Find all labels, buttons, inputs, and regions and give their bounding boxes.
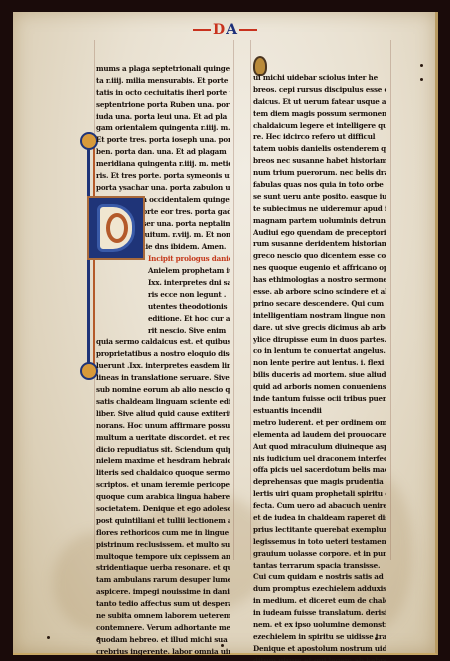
text-line: aspicere. impegi nouissime in danielem. … bbox=[96, 586, 230, 598]
running-title: DA bbox=[213, 22, 238, 38]
ruling-line bbox=[390, 40, 391, 560]
binding-hole bbox=[97, 637, 100, 640]
text-line: fecta. Cum uero ad abacuch ueniret bbox=[253, 500, 386, 512]
text-column-left: mums a plaga septetrionali quingenta r.i… bbox=[96, 63, 230, 658]
text-line: ui michi uidebar sciolus inter he bbox=[253, 72, 386, 84]
pen-flourish-left bbox=[193, 29, 211, 31]
text-line: mums a plaga septetrionali quingen bbox=[96, 63, 230, 75]
text-line: rum susanne deridentem historiam. et a bbox=[253, 238, 386, 250]
text-line: fabulas quas nos quia in toto orbe dispe… bbox=[253, 179, 386, 191]
text-line: editione. Et hoc cur accide bbox=[148, 313, 230, 325]
text-line: deprehensas que magis prudentia sol bbox=[253, 476, 386, 488]
text-line: sub nomine eorum ab alio nescio quo non bbox=[96, 384, 230, 396]
text-line: in iudeam fuisse translatum. derisit hom… bbox=[253, 607, 386, 619]
binding-hole bbox=[375, 637, 378, 640]
ruling-line bbox=[233, 40, 234, 560]
binding-hole bbox=[420, 78, 423, 81]
text-line: legissemus in toto ueteri testamento que… bbox=[253, 536, 386, 548]
binding-hole bbox=[221, 644, 224, 647]
text-line: tam ambulans rarum desuper lumen bbox=[96, 574, 230, 586]
text-line: num trium puerorum. nec belis draconisqu… bbox=[253, 167, 386, 179]
text-line: ezechielem in spiritu se uidisse transpo… bbox=[253, 631, 386, 643]
text-line: pistrinum reclusissem. et multo sudore bbox=[96, 539, 230, 551]
text-line: septentrione porta Ruben una. porta bbox=[96, 99, 230, 111]
text-line: contemnere. Verum adhortante me bbox=[96, 622, 230, 634]
text-line: satis chaldeam linguam sciente editus bbox=[96, 396, 230, 408]
text-line: estuantis incendii bbox=[253, 405, 386, 417]
text-line: nielem maxime et hesdram hebraicis quide… bbox=[96, 455, 230, 467]
text-line: co in lentum te conuertat angelus. uel bbox=[253, 345, 386, 357]
text-line: crebrius ingerente. labor omnia uincit bbox=[96, 646, 230, 658]
text-line: grauium uolasse corpore. et in puncto ho… bbox=[253, 548, 386, 560]
ruling-line bbox=[250, 40, 251, 560]
text-line: prino secare descendere. Qui cum nos bbox=[253, 298, 386, 310]
text-line: ben. porta dan. una. Et ad plagam bbox=[96, 146, 230, 158]
text-line: proprietatibus a nostro eloquio discrepa… bbox=[96, 348, 230, 360]
text-column-right: ui michi uidebar sciolus inter hebreos. … bbox=[253, 72, 386, 661]
text-line: luerunt .Ixx. interpretes easdem lingue bbox=[96, 360, 230, 372]
running-title-letter-red: D bbox=[213, 22, 226, 38]
text-line: porta ysachar una. porta zabulon una. bbox=[96, 182, 230, 194]
initial-letter-bowl bbox=[97, 204, 135, 252]
text-line: ris. Et tres porte. porta symeonis una. bbox=[96, 170, 230, 182]
text-line: tatem uobis danielis ostenderem qui apud… bbox=[253, 143, 386, 155]
text-line: ris ecce non legunt . bbox=[148, 289, 230, 301]
text-line: post quintiliani et tullii lectionem ac bbox=[96, 515, 230, 527]
text-line: inde tantum fuisse ocii tribus pueris ut… bbox=[253, 393, 386, 405]
text-line: esse. ab arbore scino scindere et ab arb… bbox=[253, 286, 386, 298]
text-line: quodam hebreo. et illud michi sua lingua bbox=[96, 634, 230, 646]
text-line: nem. et ex ipso uolumine demonstrauit bbox=[253, 619, 386, 631]
text-line: lertis uiri quam prophetali spiritu esse… bbox=[253, 488, 386, 500]
text-line: literis sed chaldaico quoque sermone con bbox=[96, 467, 230, 479]
text-line: societatem. Denique et ego adolescentulu… bbox=[96, 503, 230, 515]
text-line: breos nec susanne habet historiam nec ym bbox=[253, 155, 386, 167]
right-text-lines: ui michi uidebar sciolus inter hebreos. … bbox=[253, 72, 386, 661]
text-line: lineas in translatione seruare. Sive bbox=[96, 372, 230, 384]
historiated-initial-d bbox=[87, 196, 145, 260]
text-line: Ixx. interpretes dni saluato bbox=[148, 277, 230, 289]
text-line: et de iudea in chaldeam raperet discus bbox=[253, 512, 386, 524]
text-line: ne subita omnem laborem ueterem uoluerem bbox=[96, 610, 230, 622]
text-line: multum a ueritate discordet. et recto iu bbox=[96, 432, 230, 444]
text-line: flores rethoricos cum me in lingue huius bbox=[96, 527, 230, 539]
text-line: iuda una. porta leui una. Et ad pla bbox=[96, 111, 230, 123]
text-line: quid ad arboris nomen conueniens. De bbox=[253, 381, 386, 393]
text-line: meridiana quingenta r.iiij. m. metie bbox=[96, 158, 230, 170]
text-line: bilis duceris ad mortem. siue aliud bbox=[253, 369, 386, 381]
text-line: Cui cum quidam e nostris satis ad loquen bbox=[253, 571, 386, 583]
text-line: rit nescio. Sive enim bbox=[148, 325, 230, 337]
binding-hole bbox=[420, 64, 423, 67]
text-line: tantas terrarum spacia transisse. bbox=[253, 560, 386, 572]
text-line: Denique et apostolum nostrum uidelicet e… bbox=[253, 643, 386, 655]
text-line: tanto tedio affectus sum ut desperatio bbox=[96, 598, 230, 610]
left-text-beside-initial: Anielem prophetam iuxtaIxx. interpretes … bbox=[96, 265, 230, 336]
text-line: gam orientalem quingenta r.iiij. m. bbox=[96, 122, 230, 134]
running-title-letter-blue: A bbox=[226, 22, 238, 38]
text-line: ylice dirupisse eum in duos partes. a le… bbox=[253, 334, 386, 346]
text-line: quia sermo caldaicus est. et quibusdam bbox=[96, 336, 230, 348]
text-line: magnam partem uoluminis detruncasse. bbox=[253, 215, 386, 227]
text-line: Et porte tres. porta ioseph una. porta bbox=[96, 134, 230, 146]
text-line: dum promptus ezechielem adduxisset bbox=[253, 583, 386, 595]
text-line: nis iudicium uel draconem interfectum bbox=[253, 453, 386, 465]
text-line: daicus. Et ut uerum fatear usque ad pres… bbox=[253, 96, 386, 108]
text-line: quoque cum arabica lingua habere plurima… bbox=[96, 491, 230, 503]
text-line: liber. Sive aliud quid cause extiterit i… bbox=[96, 408, 230, 420]
text-line: ditum uirum et qui legem ab hebre bbox=[253, 655, 386, 661]
text-line: ta r.iiij. milia mensurabis. Et porte ci… bbox=[96, 75, 230, 87]
text-line: in medium. et diceret eum de chaldea bbox=[253, 595, 386, 607]
text-line: multoque tempore uix cepissem anhelantia bbox=[96, 551, 230, 563]
text-line: greco nescio quo dicentem esse confictam… bbox=[253, 250, 386, 262]
text-line: tem diem magis possum sermonem bbox=[253, 108, 386, 120]
text-line: chaldaicum legere et intelligere quam so… bbox=[253, 120, 386, 132]
text-line: prius lectitante querebat exemplum ubi bbox=[253, 524, 386, 536]
text-line: non lente perire aut lentus. i. flexi bbox=[253, 357, 386, 369]
text-line: utentes theodotionis bbox=[148, 301, 230, 313]
text-line: offa picis uel sacerdotum belis machina bbox=[253, 464, 386, 476]
binding-hole bbox=[47, 636, 50, 639]
text-line: Aut quod miraculum diuineque aspiratio bbox=[253, 441, 386, 453]
text-line: metro luderent. et per ordinem omnia bbox=[253, 417, 386, 429]
text-line: scriptos. et unam ieremie pericopen. Iob bbox=[96, 479, 230, 491]
text-line: elementa ad laudem dei prouocarent. bbox=[253, 429, 386, 441]
left-text-after-initial: quia sermo caldaicus est. et quibusdampr… bbox=[96, 336, 230, 657]
text-line: re. Hec idcirco refero ut difficul bbox=[253, 131, 386, 143]
text-line: nes quoque eugenio et affricano opponunt… bbox=[253, 262, 386, 274]
text-line: Audiui ego quendam de preceptoribus iude… bbox=[253, 227, 386, 239]
text-line: norans. Hoc unum affirmare possum quod bbox=[96, 420, 230, 432]
text-line: has ethimologias a nostro sermone bbox=[253, 274, 386, 286]
text-line: Anielem prophetam iuxta bbox=[148, 265, 230, 277]
text-line: intelligentiam nostram lingue non possim… bbox=[253, 310, 386, 322]
pen-flourish-right bbox=[239, 29, 257, 31]
text-line: se sunt ueru ante posito. easque iugulan bbox=[253, 191, 386, 203]
text-line: dare. ut sive grecis dicimus ab arbore bbox=[253, 322, 386, 334]
text-line: breos. cepi rursus discipulus esse chal bbox=[253, 84, 386, 96]
text-line: te subiecimus ne uideremur apud imperito… bbox=[253, 203, 386, 215]
text-line: stridentiaque uerba resonare. et quasi p… bbox=[96, 562, 230, 574]
initial-foliate-swirl bbox=[106, 213, 128, 243]
text-line: dicio repudiatus sit. Sciendum quippe da bbox=[96, 444, 230, 456]
text-line: tatis in octo ceciuitatis iherl porte tr… bbox=[96, 87, 230, 99]
